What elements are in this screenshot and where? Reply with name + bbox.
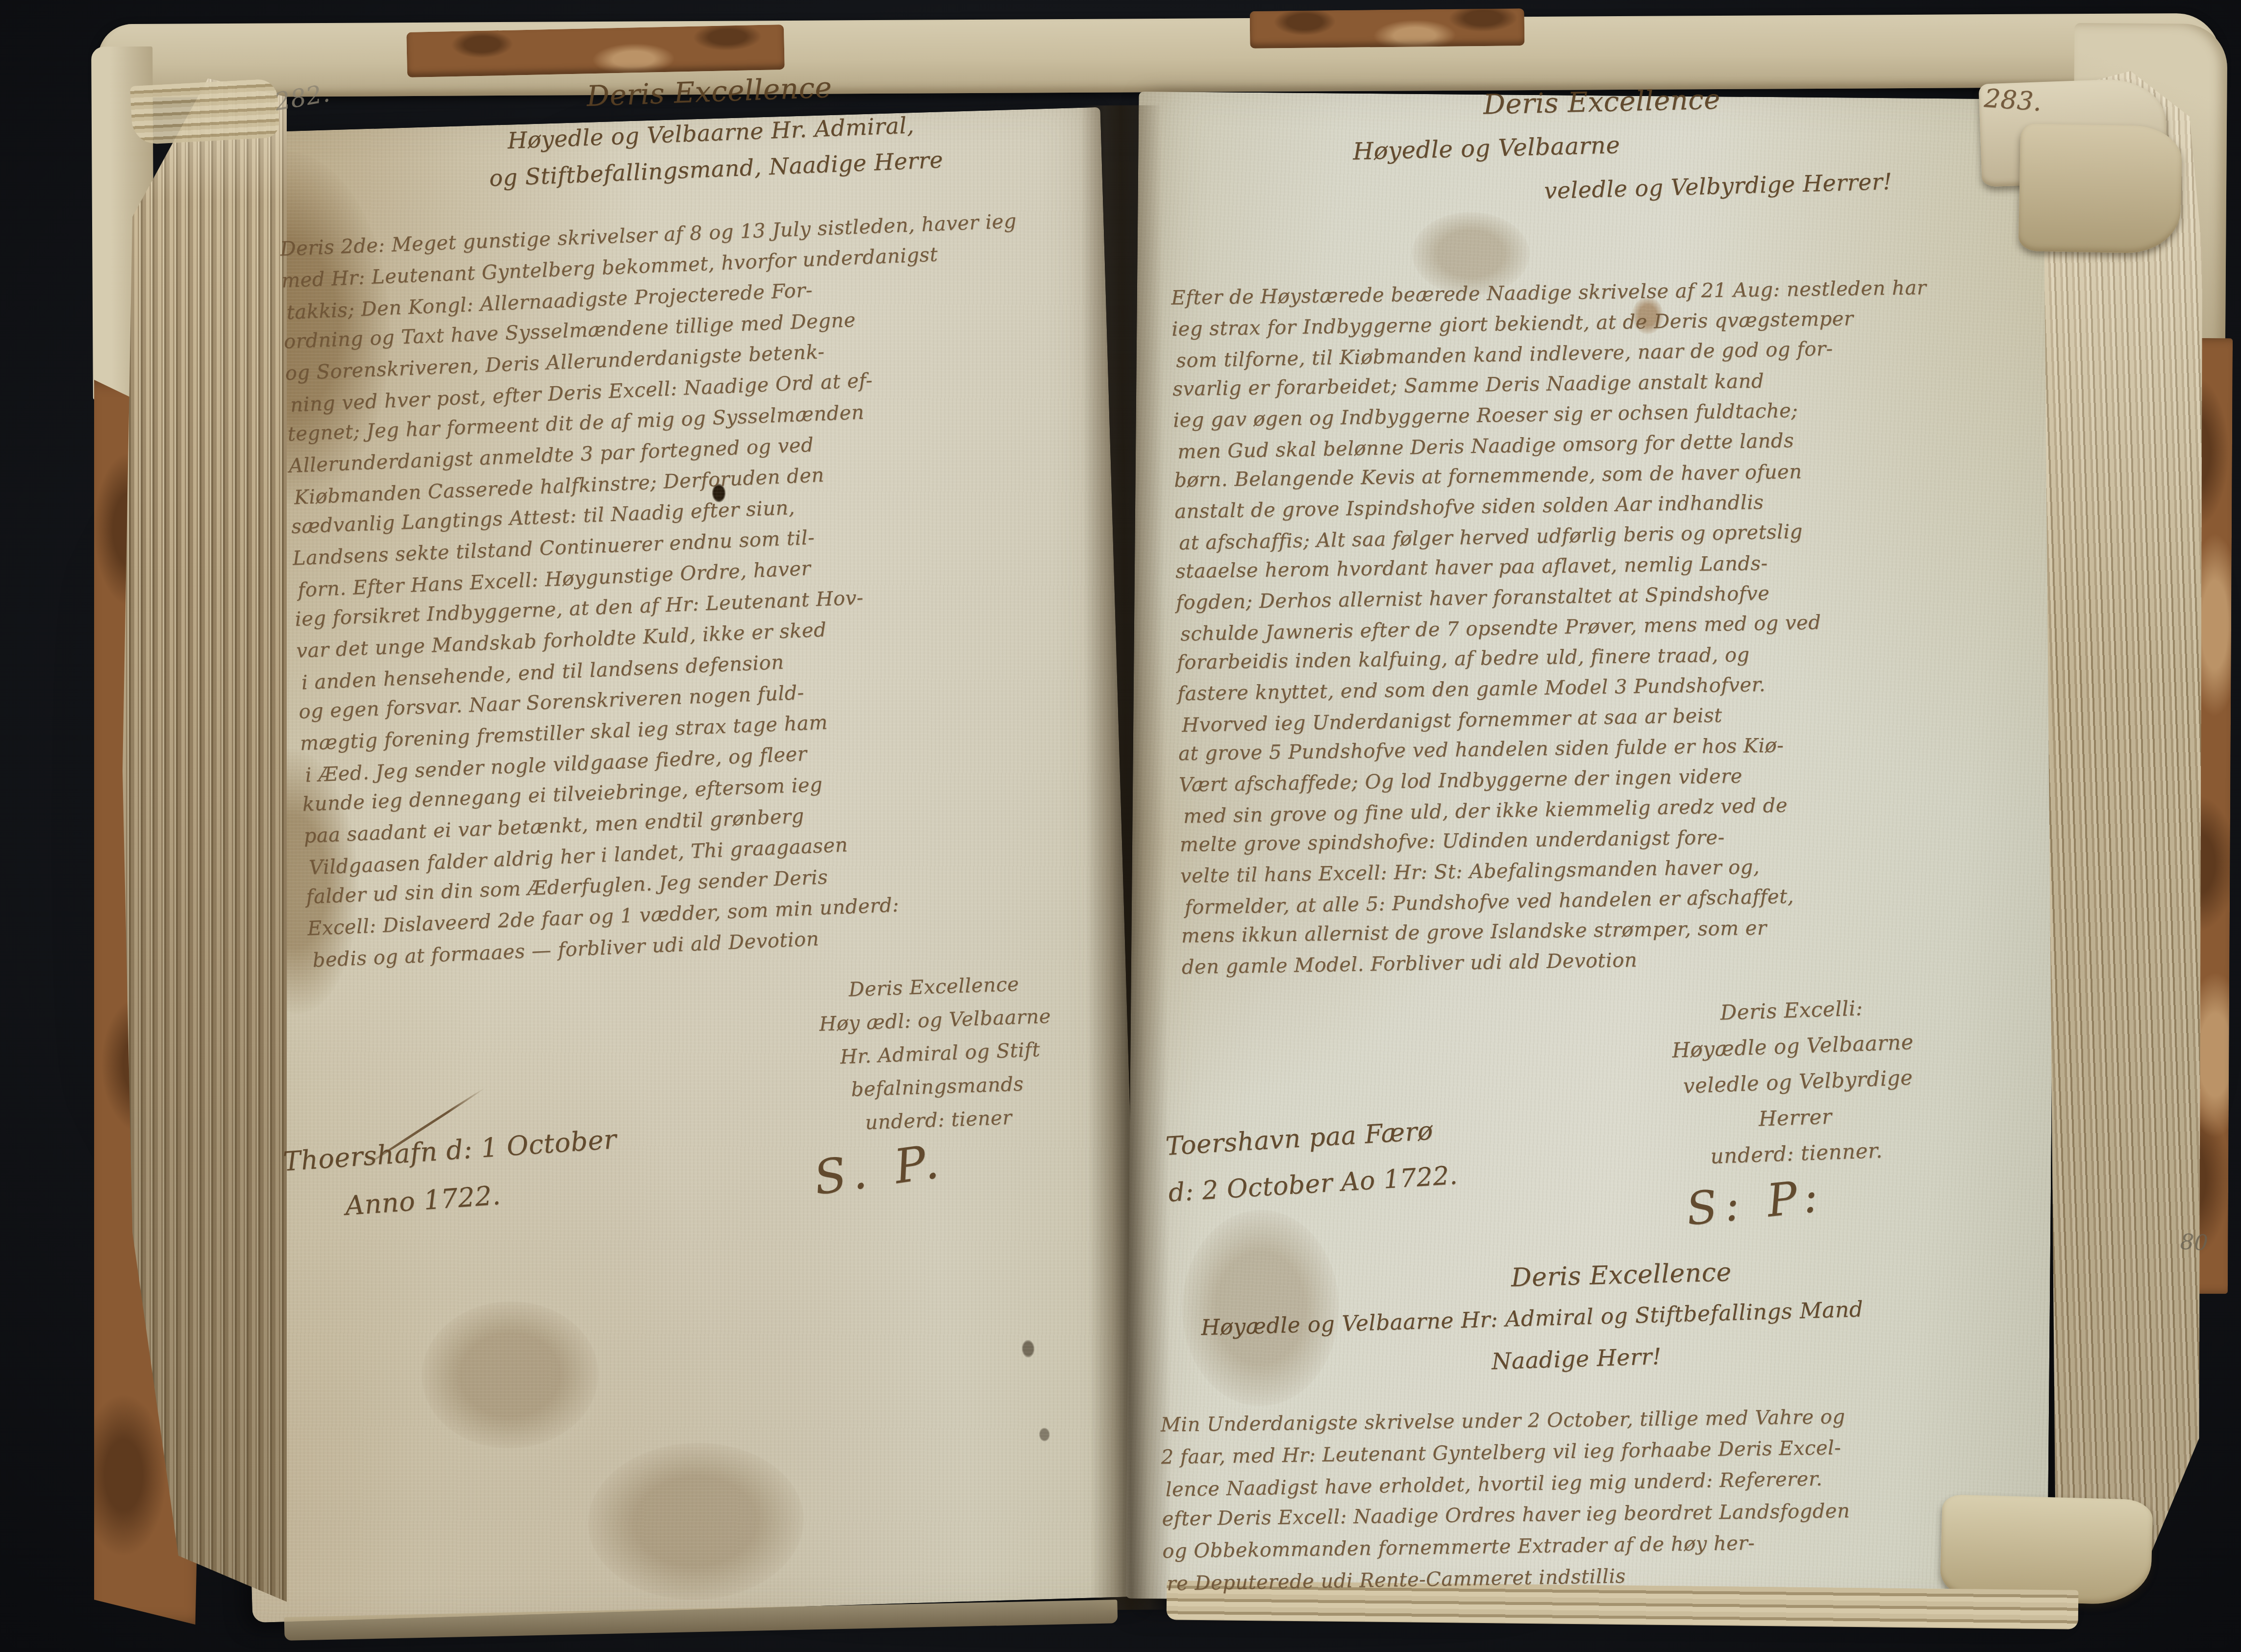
fore-edge-number-mark: 80 [2180,1230,2209,1256]
curled-page-corner-top-right-inner [2018,123,2182,254]
right-page-letter2-body: Min Underdanigste skrivelse under 2 Octo… [1160,1398,2055,1598]
left-page-closing: Deris ExcellenceHøy ædl: og VelbaarneHr.… [762,964,1110,1143]
left-page-body: Deris 2de: Meget gunstige skrivelser af … [279,202,1132,975]
book-cover-marbled-band-right [1250,8,1525,49]
right-page-letter1-body: Efter de Høystærede beærede Naadige skri… [1171,270,2054,983]
right-page-letter1-heading: Deris ExcellenceHøyedle og Velbaarnevele… [1195,71,2011,220]
book-cover-marbled-band-left [406,25,785,77]
stain [586,1440,806,1603]
photo-background: 282. 283. Deris ExcellenceHøyedle og Vel… [0,0,2241,1652]
right-page-letter2-heading: Deris ExcellenceHøyædle og Velbaarne Hr:… [1199,1243,2045,1390]
curled-page-flap-top-left [130,78,280,145]
page-stack-fore-edge-right [2043,71,2202,1590]
right-page-letter1-closing: Deris Excelli:Høyædle og Velbaarneveledl… [1600,986,1988,1178]
stain [420,1299,600,1451]
paper-flaw [1021,1340,1035,1358]
paper-flaw [1039,1428,1050,1442]
